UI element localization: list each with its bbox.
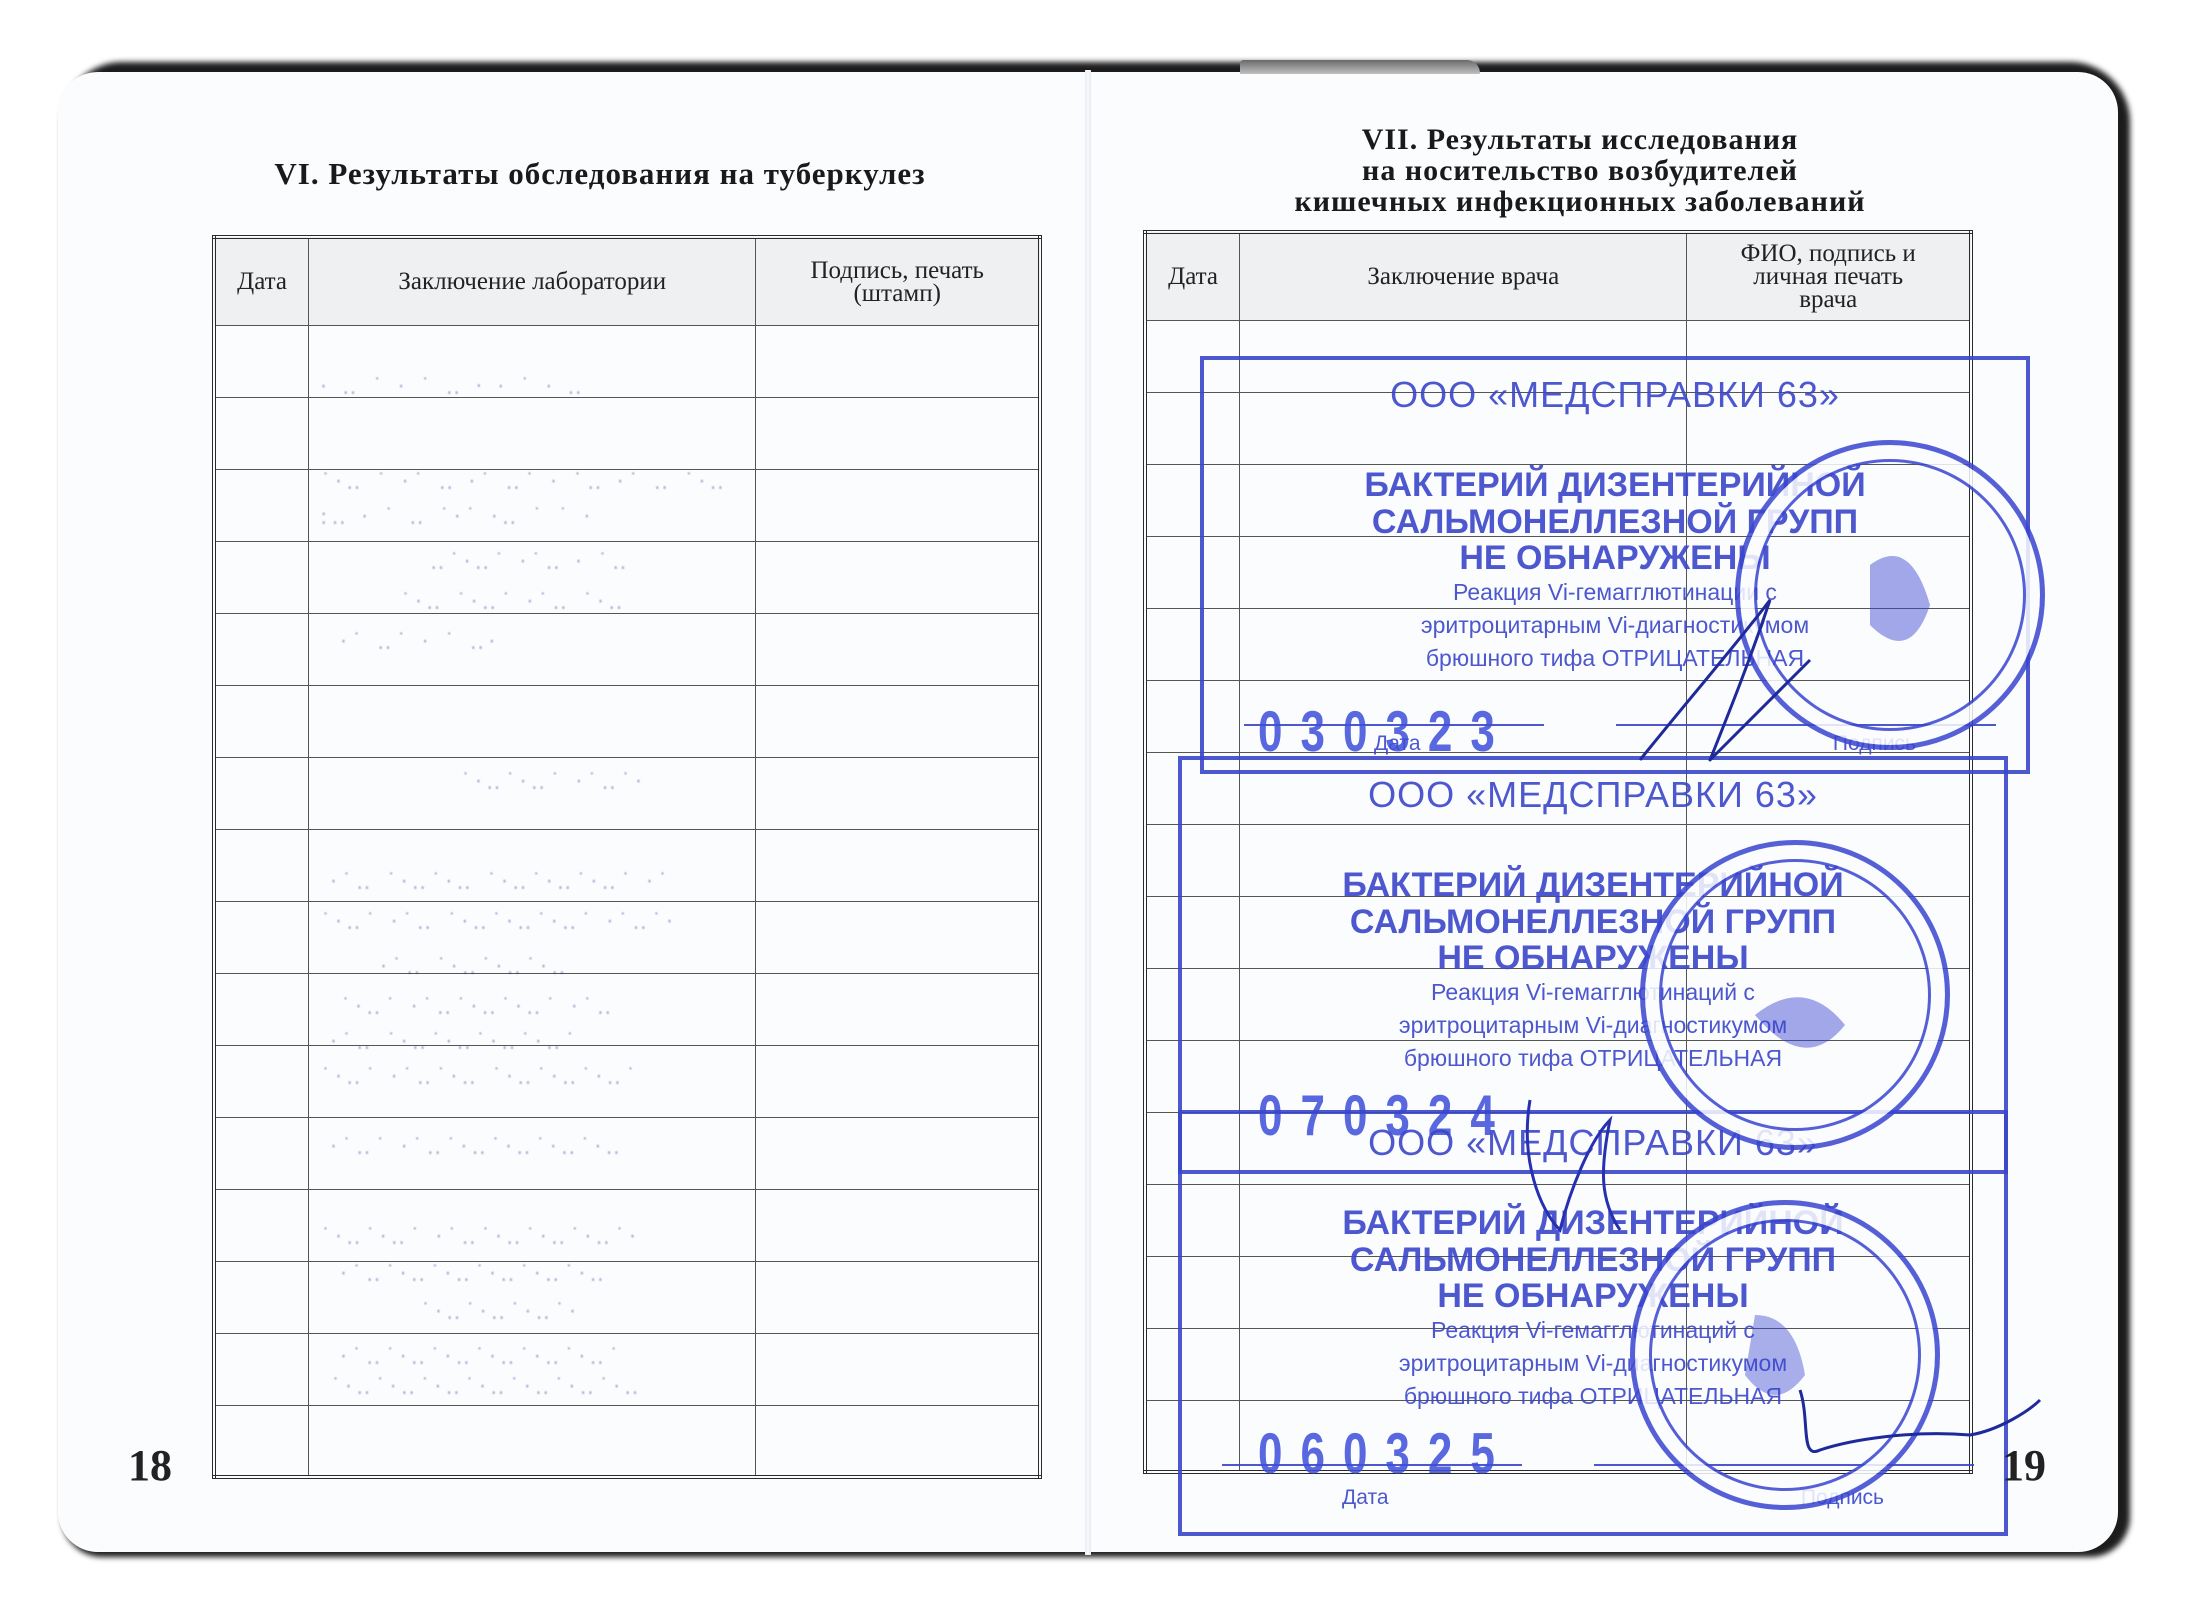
show-through-text: · ‥ ˙ · ˙ ‥ ‧ · ˙ · ‥: [320, 375, 586, 400]
table-cell: [214, 1189, 309, 1261]
table-cell: [756, 973, 1040, 1045]
title-line-2: на носительство возбудителей: [1150, 155, 2010, 186]
table-cell: [214, 397, 309, 469]
table-cell: [756, 469, 1040, 541]
handwritten-signature-1: [1620, 560, 1840, 800]
table-row: [214, 1405, 1040, 1477]
table-cell: [214, 1333, 309, 1405]
page-number-left: 18: [128, 1440, 172, 1491]
show-through-text: ˙·‥˙·‥˙·‥˙·‥˙·‥˙·‥˙·‥: [330, 1375, 643, 1400]
header-doctor-conclusion: Заключение врача: [1240, 232, 1687, 320]
bookmark-ribbon: [1240, 60, 1480, 74]
book-spine: [1085, 70, 1091, 1555]
show-through-text: ·˙ ‥˙ · ˙ ‥·: [340, 630, 499, 655]
table-cell: [309, 685, 756, 757]
header-date: Дата: [1145, 232, 1240, 320]
show-through-text: ˙·‥ ˙·‥˙ ·˙‥ ˙·‥: [400, 590, 627, 615]
section-title-tuberculosis: VI. Результаты обследования на туберкуле…: [150, 156, 1050, 192]
table-cell: [756, 685, 1040, 757]
table-cell: [756, 829, 1040, 901]
table-cell: [214, 685, 309, 757]
table-cell: [756, 325, 1040, 397]
table-cell: [756, 757, 1040, 829]
title-line-3: кишечных инфекционных заболеваний: [1150, 186, 2010, 217]
stamp-organization: ООО «МЕДСПРАВКИ 63»: [1182, 774, 2004, 816]
header-date: Дата: [214, 237, 309, 325]
date-label: Дата: [1342, 1486, 1389, 1510]
table-row: [214, 685, 1040, 757]
show-through-text: ·˙‥˙ ·˙‥˙·‥˙·‥˙·‥˙·‥: [330, 1135, 624, 1160]
table-row: [214, 397, 1040, 469]
table-cell: [214, 829, 309, 901]
table-cell: [214, 613, 309, 685]
show-through-text: ˙·‥˙·‥˙ ·˙‥˙·‥˙·‥˙·‥˙·: [320, 1225, 640, 1250]
table-cell: [756, 1261, 1040, 1333]
page-number-right: 19: [2002, 1440, 2046, 1491]
show-through-text: ·˙‥˙·‥˙·‥˙·‥˙·‥˙·‥˙: [340, 1345, 623, 1370]
table-cell: [756, 1333, 1040, 1405]
table-cell: [214, 757, 309, 829]
table-cell: [214, 469, 309, 541]
table-cell: [756, 397, 1040, 469]
show-through-text: ˙·‥˙ ·˙‥˙·‥˙·‥˙ ·˙‥: [340, 995, 615, 1020]
table-cell: [756, 1045, 1040, 1117]
show-through-text: ˙·‥˙·‥˙·‥˙·: [420, 1300, 580, 1325]
header-doctor-name-signature: ФИО, подпись и личная печать врача: [1687, 232, 1971, 320]
table-cell: [309, 397, 756, 469]
header-lab-conclusion: Заключение лаборатории: [309, 237, 756, 325]
show-through-text: ·˙‥ ˙·‥˙·‥˙·‥˙·‥˙: [330, 1030, 579, 1055]
handwritten-date-3: 060325: [1258, 1423, 1513, 1488]
table-cell: [214, 1045, 309, 1117]
title-line-1: VII. Результаты исследования: [1150, 124, 2010, 155]
show-through-text: :‥ · ˙ ‥ ˙·˙ ·‥ ˙ ˙ ·: [320, 505, 594, 530]
table-cell: [214, 325, 309, 397]
show-through-text: ·˙‥ ˙·‥˙·‥ ˙·‥˙·‥˙·‥˙ ·˙: [330, 870, 672, 895]
table-row: [214, 613, 1040, 685]
handwritten-signature-2: [1500, 1080, 1700, 1250]
tuberculosis-results-table: Дата Заключение лаборатории Подпись, печ…: [212, 235, 1042, 1479]
table-cell: [756, 541, 1040, 613]
stamp-organization: ООО «МЕДСПРАВКИ 63»: [1204, 374, 2026, 416]
table-cell: [756, 1189, 1040, 1261]
show-through-text: ‥˙·‥˙ ·˙‥ · ˙‥: [430, 550, 631, 575]
show-through-text: ˙·‥˙ ·˙‥ ˙·‥˙·‥˙·‥˙ ·˙‥˙·: [320, 910, 677, 935]
show-through-text: ·˙‥ ˙·‥˙·‥˙·‥: [380, 955, 570, 980]
table-row: [214, 1261, 1040, 1333]
show-through-text: ˙·‥ ˙ ·˙ ‥ ·˙ ‥˙ · ˙‥ ·˙ ‥ ˙·‥: [320, 470, 728, 495]
table-cell: [214, 973, 309, 1045]
header-signature-stamp: Подпись, печать (штамп): [756, 237, 1040, 325]
show-through-text: ˙·‥˙·‥˙ ·˙‥˙·: [460, 770, 646, 795]
show-through-text: ·˙‥˙·‥˙·‥˙·‥˙·‥˙·‥: [340, 1262, 608, 1287]
section-title-intestinal-infections: VII. Результаты исследования на носитель…: [1150, 124, 2010, 217]
table-cell: [309, 1405, 756, 1477]
table-cell: [214, 1261, 309, 1333]
show-through-text: ˙·‥˙ ·˙‥˙·‥ ˙·‥˙·‥˙·‥˙: [320, 1065, 640, 1090]
table-cell: [214, 901, 309, 973]
table-cell: [214, 1405, 309, 1477]
table-cell: [756, 613, 1040, 685]
table-cell: [756, 901, 1040, 973]
table-cell: [214, 541, 309, 613]
table-cell: [214, 1117, 309, 1189]
table-cell: [756, 1405, 1040, 1477]
table-cell: [756, 1117, 1040, 1189]
